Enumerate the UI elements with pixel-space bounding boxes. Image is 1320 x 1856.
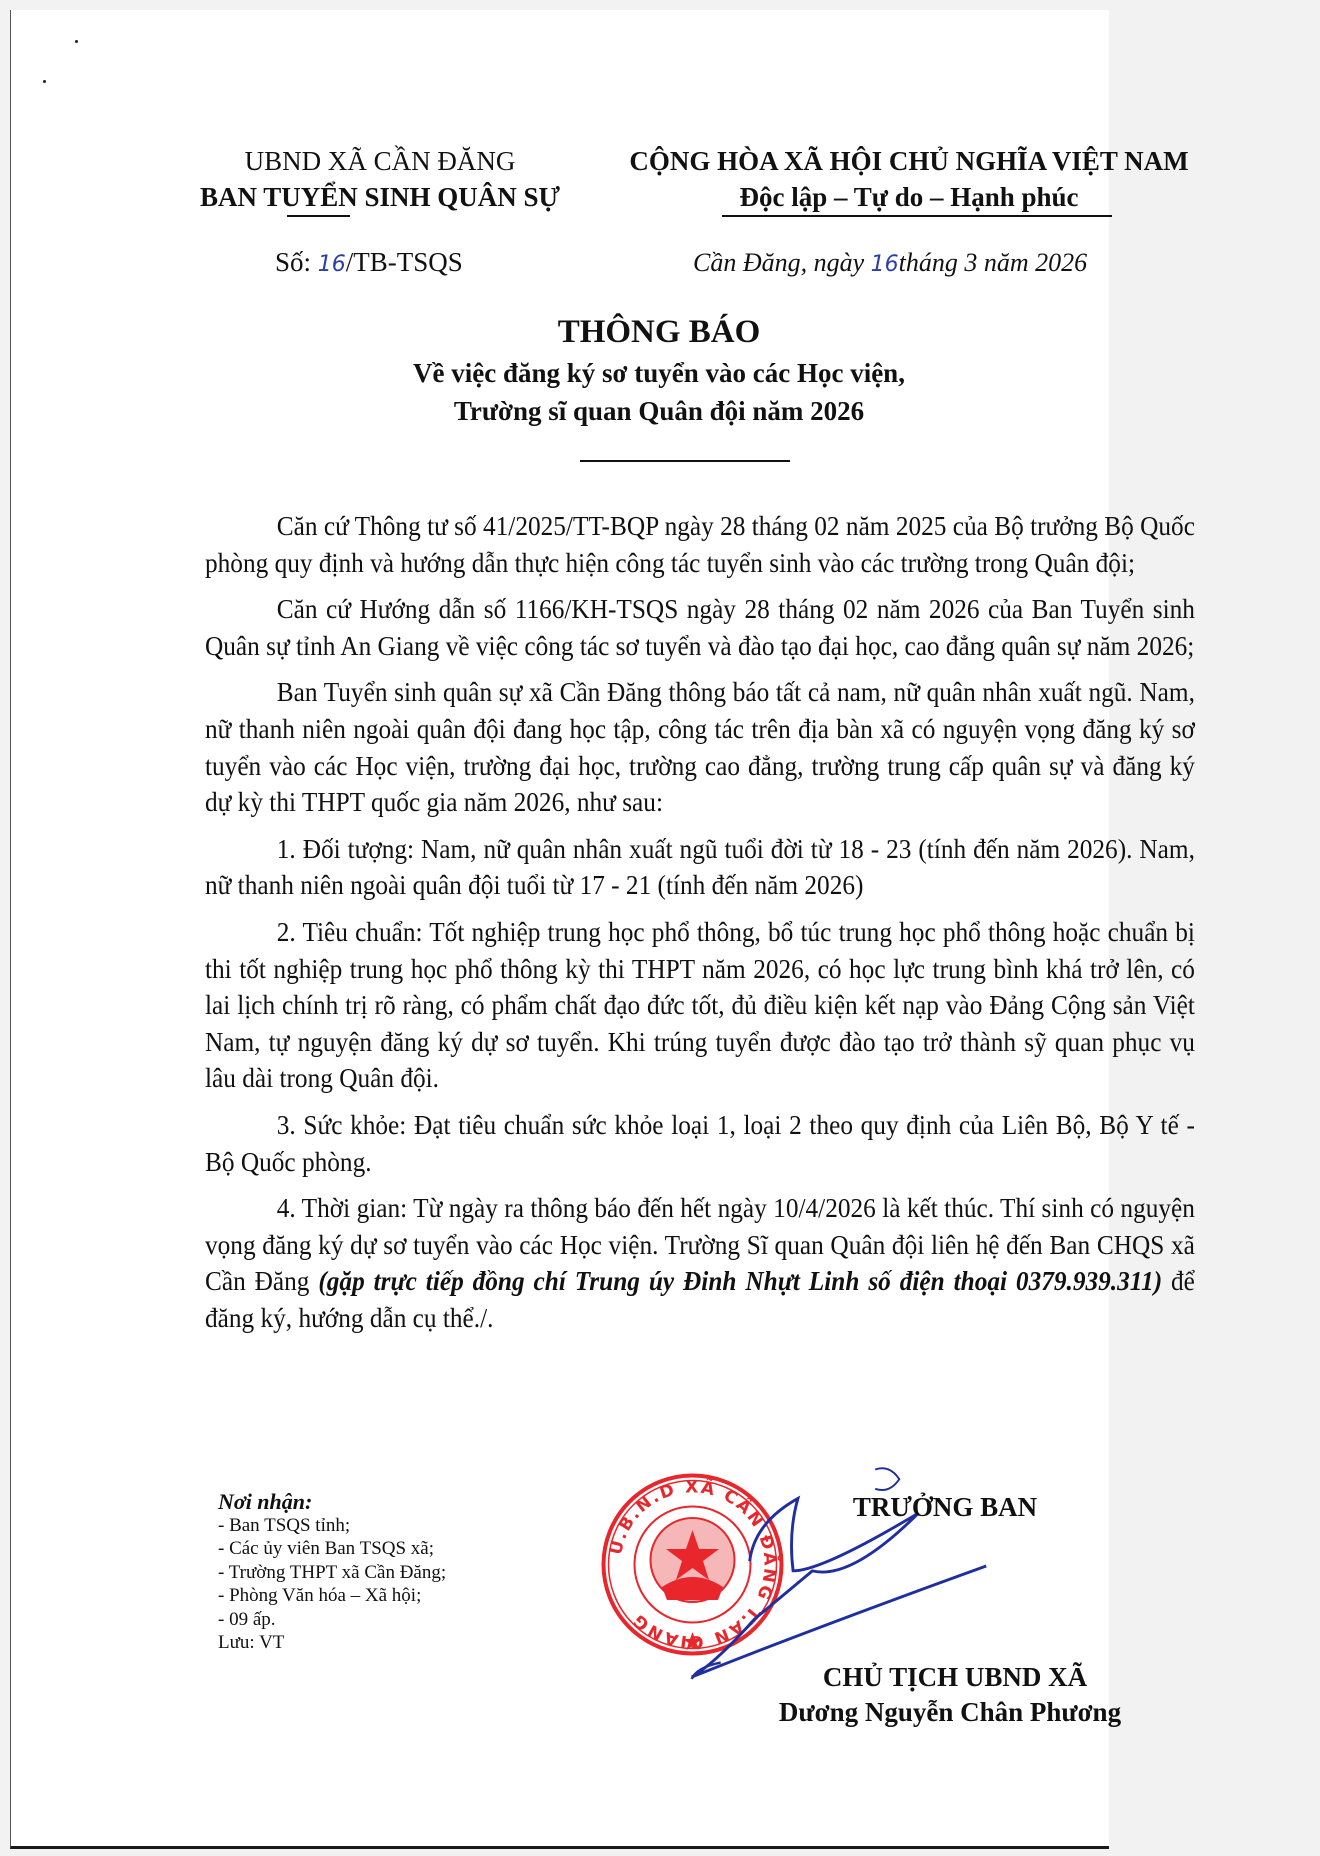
- issuer-block: UBND XÃ CẦN ĐĂNG BAN TUYỂN SINH QUÂN SỰ: [180, 143, 580, 215]
- recipient-item: - 09 ấp.: [218, 1608, 446, 1632]
- national-motto: Độc lập – Tự do – Hạnh phúc: [594, 179, 1224, 215]
- notice-heading: THÔNG BÁO: [110, 310, 1208, 354]
- announcement-intro: Ban Tuyển sinh quân sự xã Cần Đăng thông…: [205, 674, 1195, 820]
- recipients-heading: Nơi nhận:: [218, 1490, 446, 1514]
- issuer-authority: UBND XÃ CẦN ĐĂNG: [180, 143, 580, 179]
- notice-subtitle-1: Về việc đăng ký sơ tuyển vào các Học việ…: [110, 354, 1208, 392]
- recipients-block: Nơi nhận: - Ban TSQS tỉnh; - Các ủy viên…: [218, 1490, 446, 1655]
- recipient-item: - Ban TSQS tỉnh;: [218, 1514, 446, 1538]
- legal-basis-1: Căn cứ Thông tư số 41/2025/TT-BQP ngày 2…: [205, 508, 1195, 581]
- legal-basis-2: Căn cứ Hướng dẫn số 1166/KH-TSQS ngày 28…: [205, 591, 1195, 664]
- scan-speck: [75, 40, 78, 43]
- item-criteria: 2. Tiêu chuẩn: Tốt nghiệp trung học phổ …: [205, 914, 1195, 1097]
- item-health: 3. Sức khỏe: Đạt tiêu chuẩn sức khỏe loạ…: [205, 1107, 1195, 1180]
- recipient-item: - Phòng Văn hóa – Xã hội;: [218, 1584, 446, 1608]
- item-eligibility: 1. Đối tượng: Nam, nữ quân nhân xuất ngũ…: [205, 831, 1195, 904]
- notice-body: Căn cứ Thông tư số 41/2025/TT-BQP ngày 2…: [205, 508, 1116, 1346]
- title-underline: [580, 460, 790, 462]
- notice-title-block: THÔNG BÁO Về việc đăng ký sơ tuyển vào c…: [110, 310, 1208, 430]
- notice-subtitle-2: Trường sĩ quan Quân đội năm 2026: [110, 392, 1208, 430]
- archive-note: Lưu: VT: [218, 1631, 446, 1655]
- handwritten-day: 16: [871, 252, 899, 277]
- national-motto-block: CỘNG HÒA XÃ HỘI CHỦ NGHĨA VIỆT NAM Độc l…: [594, 143, 1224, 215]
- recipient-item: - Trường THPT xã Cần Đăng;: [218, 1561, 446, 1585]
- document-date: Cần Đăng, ngày 16tháng 3 năm 2026: [693, 248, 1087, 278]
- country-name: CỘNG HÒA XÃ HỘI CHỦ NGHĨA VIỆT NAM: [594, 143, 1224, 179]
- handwritten-number: 16: [318, 252, 346, 277]
- signer-role: TRƯỞNG BAN: [830, 1492, 1060, 1523]
- document-number: Số: 16/TB-TSQS: [275, 247, 463, 278]
- contact-info: (gặp trực tiếp đồng chí Trung úy Đinh Nh…: [318, 1265, 1162, 1296]
- issuer-underline: [287, 215, 350, 217]
- issuer-department: BAN TUYỂN SINH QUÂN SỰ: [180, 179, 580, 215]
- motto-underline: [722, 215, 1112, 217]
- signer-name: Dương Nguyễn Chân Phương: [740, 1697, 1160, 1728]
- signer-position: CHỦ TỊCH UBND XÃ: [790, 1662, 1120, 1693]
- scan-speck: [43, 80, 46, 83]
- recipient-item: - Các ủy viên Ban TSQS xã;: [218, 1537, 446, 1561]
- item-timeline: 4. Thời gian: Từ ngày ra thông báo đến h…: [205, 1190, 1195, 1336]
